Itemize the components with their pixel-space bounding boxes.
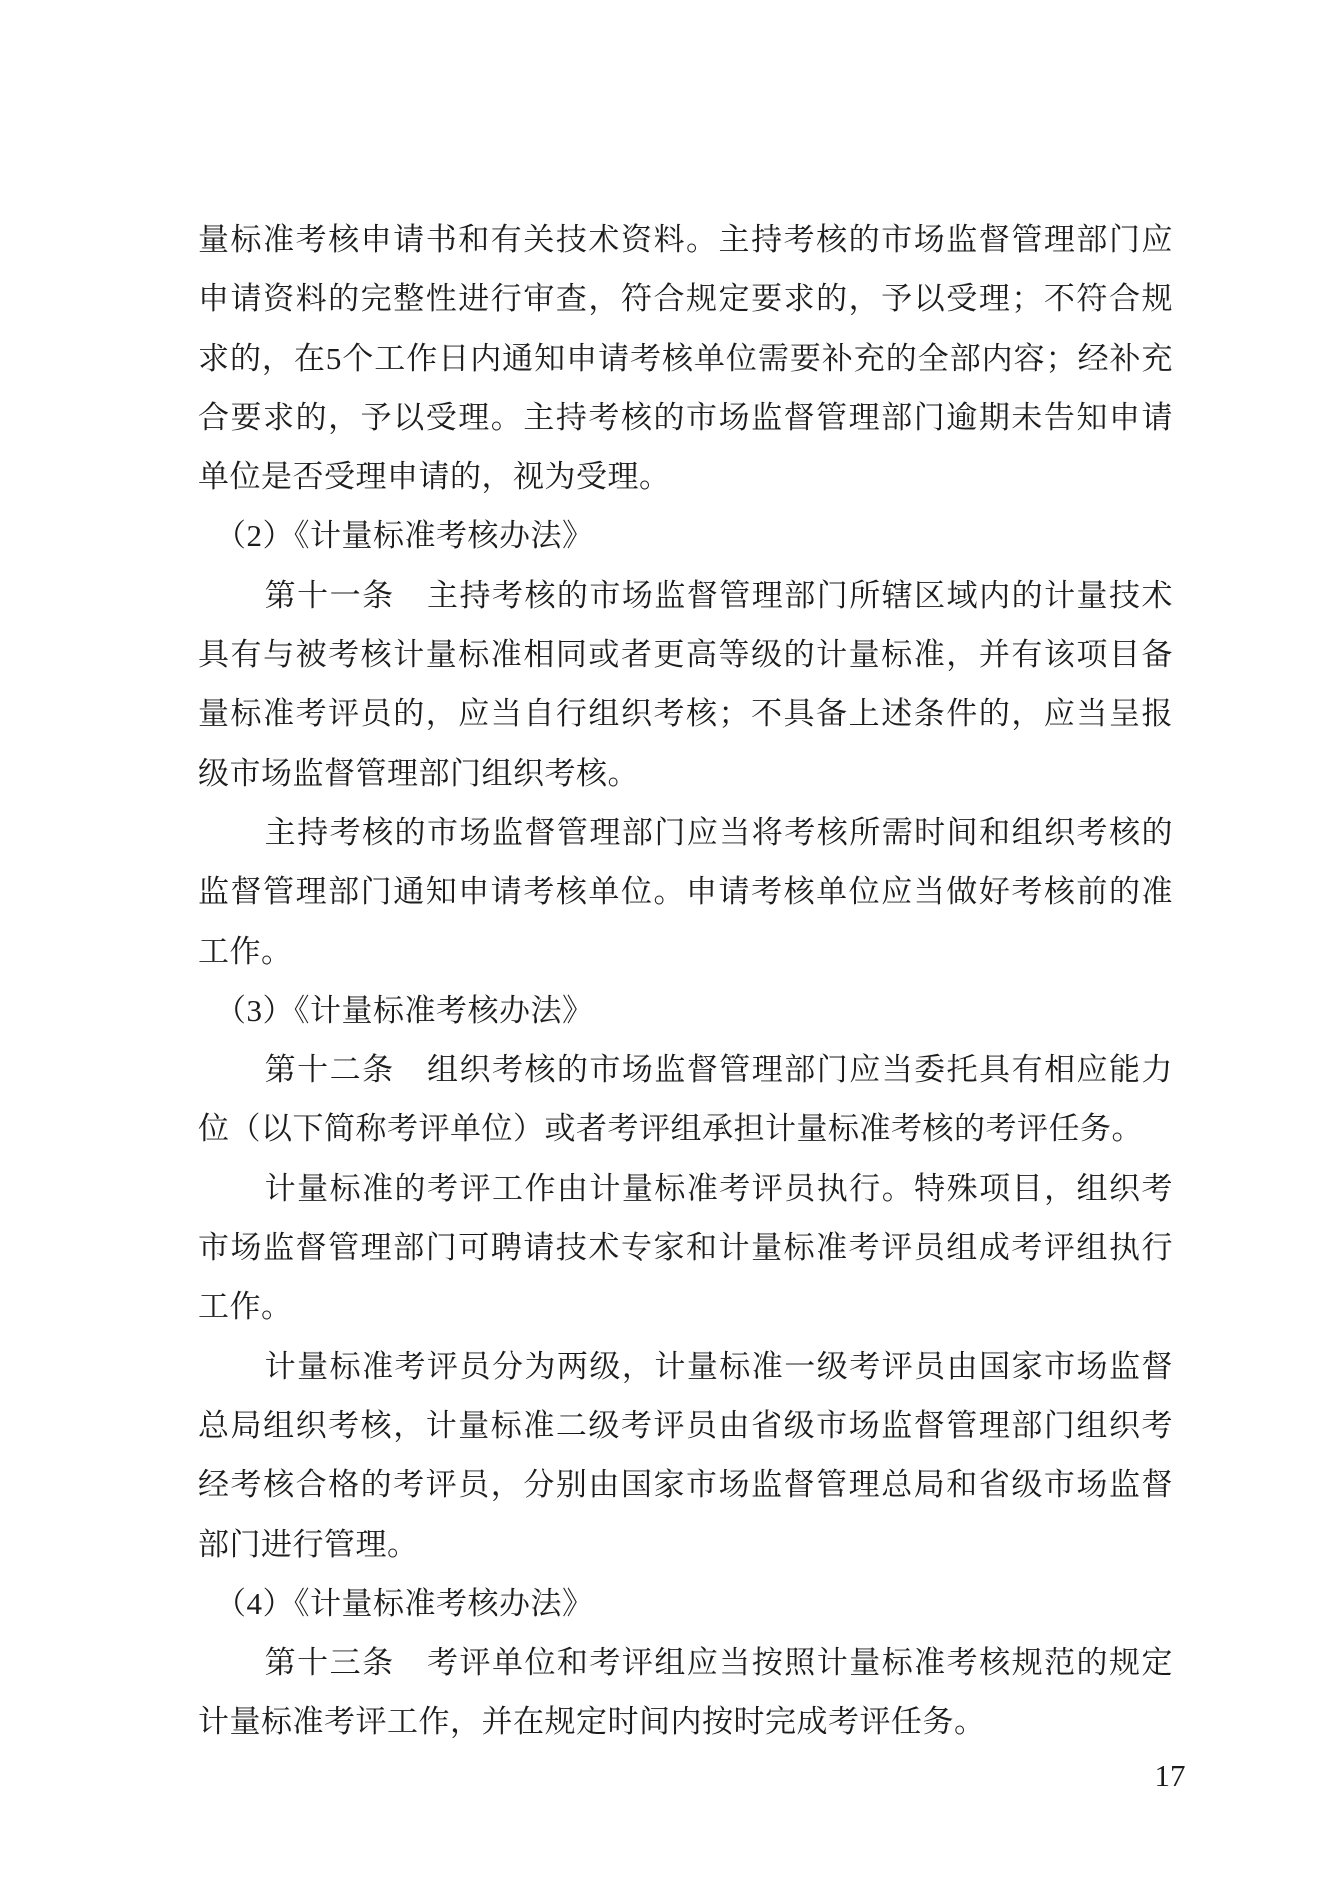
text-line: （4）《计量标准考核办法》 bbox=[198, 1574, 1173, 1633]
text-line: （2）《计量标准考核办法》 bbox=[198, 506, 1173, 565]
text-line: 市场监督管理部门可聘请技术专家和计量标准考评员组成考评组执行考评 bbox=[198, 1218, 1173, 1277]
text-line: 主持考核的市场监督管理部门应当将考核所需时间和组织考核的市场 bbox=[198, 803, 1173, 862]
text-line: 单位是否受理申请的，视为受理。 bbox=[198, 447, 1173, 506]
text-line: 量标准考评员的，应当自行组织考核；不具备上述条件的，应当呈报上一 bbox=[198, 684, 1173, 743]
text-line: 工作。 bbox=[198, 1277, 1173, 1336]
text-line: 经考核合格的考评员，分别由国家市场监督管理总局和省级市场监督管理 bbox=[198, 1455, 1173, 1514]
text-line: 部门进行管理。 bbox=[198, 1515, 1173, 1574]
text-line: 监督管理部门通知申请考核单位。申请考核单位应当做好考核前的准备 bbox=[198, 862, 1173, 921]
text-line: 量标准考核申请书和有关技术资料。主持考核的市场监督管理部门应当对 bbox=[198, 210, 1173, 269]
text-line: 申请资料的完整性进行审查，符合规定要求的，予以受理；不符合规定要 bbox=[198, 269, 1173, 328]
text-line: 第十二条 组织考核的市场监督管理部门应当委托具有相应能力的单 bbox=[198, 1040, 1173, 1099]
text-line: （3）《计量标准考核办法》 bbox=[198, 981, 1173, 1040]
text-line: 第十三条 考评单位和考评组应当按照计量标准考核规范的规定进行 bbox=[198, 1633, 1173, 1692]
text-line: 具有与被考核计量标准相同或者更高等级的计量标准，并有该项目备案计 bbox=[198, 625, 1173, 684]
text-line: 合要求的，予以受理。主持考核的市场监督管理部门逾期未告知申请考核 bbox=[198, 388, 1173, 447]
text-line: 计量标准考评员分为两级，计量标准一级考评员由国家市场监督管理 bbox=[198, 1337, 1173, 1396]
text-line: 位（以下简称考评单位）或者考评组承担计量标准考核的考评任务。 bbox=[198, 1099, 1173, 1158]
document-body: 量标准考核申请书和有关技术资料。主持考核的市场监督管理部门应当对申请资料的完整性… bbox=[198, 210, 1173, 1752]
text-line: 计量标准考评工作，并在规定时间内按时完成考评任务。 bbox=[198, 1692, 1173, 1751]
text-line: 级市场监督管理部门组织考核。 bbox=[198, 744, 1173, 803]
text-line: 第十一条 主持考核的市场监督管理部门所辖区域内的计量技术机构 bbox=[198, 566, 1173, 625]
text-line: 总局组织考核，计量标准二级考评员由省级市场监督管理部门组织考核， bbox=[198, 1396, 1173, 1455]
text-line: 求的，在5个工作日内通知申请考核单位需要补充的全部内容；经补充符 bbox=[198, 329, 1173, 388]
text-line: 计量标准的考评工作由计量标准考评员执行。特殊项目，组织考核的 bbox=[198, 1159, 1173, 1218]
page-number: 17 bbox=[1140, 1752, 1200, 1800]
document-page: 量标准考核申请书和有关技术资料。主持考核的市场监督管理部门应当对申请资料的完整性… bbox=[0, 0, 1339, 1890]
text-line: 工作。 bbox=[198, 922, 1173, 981]
